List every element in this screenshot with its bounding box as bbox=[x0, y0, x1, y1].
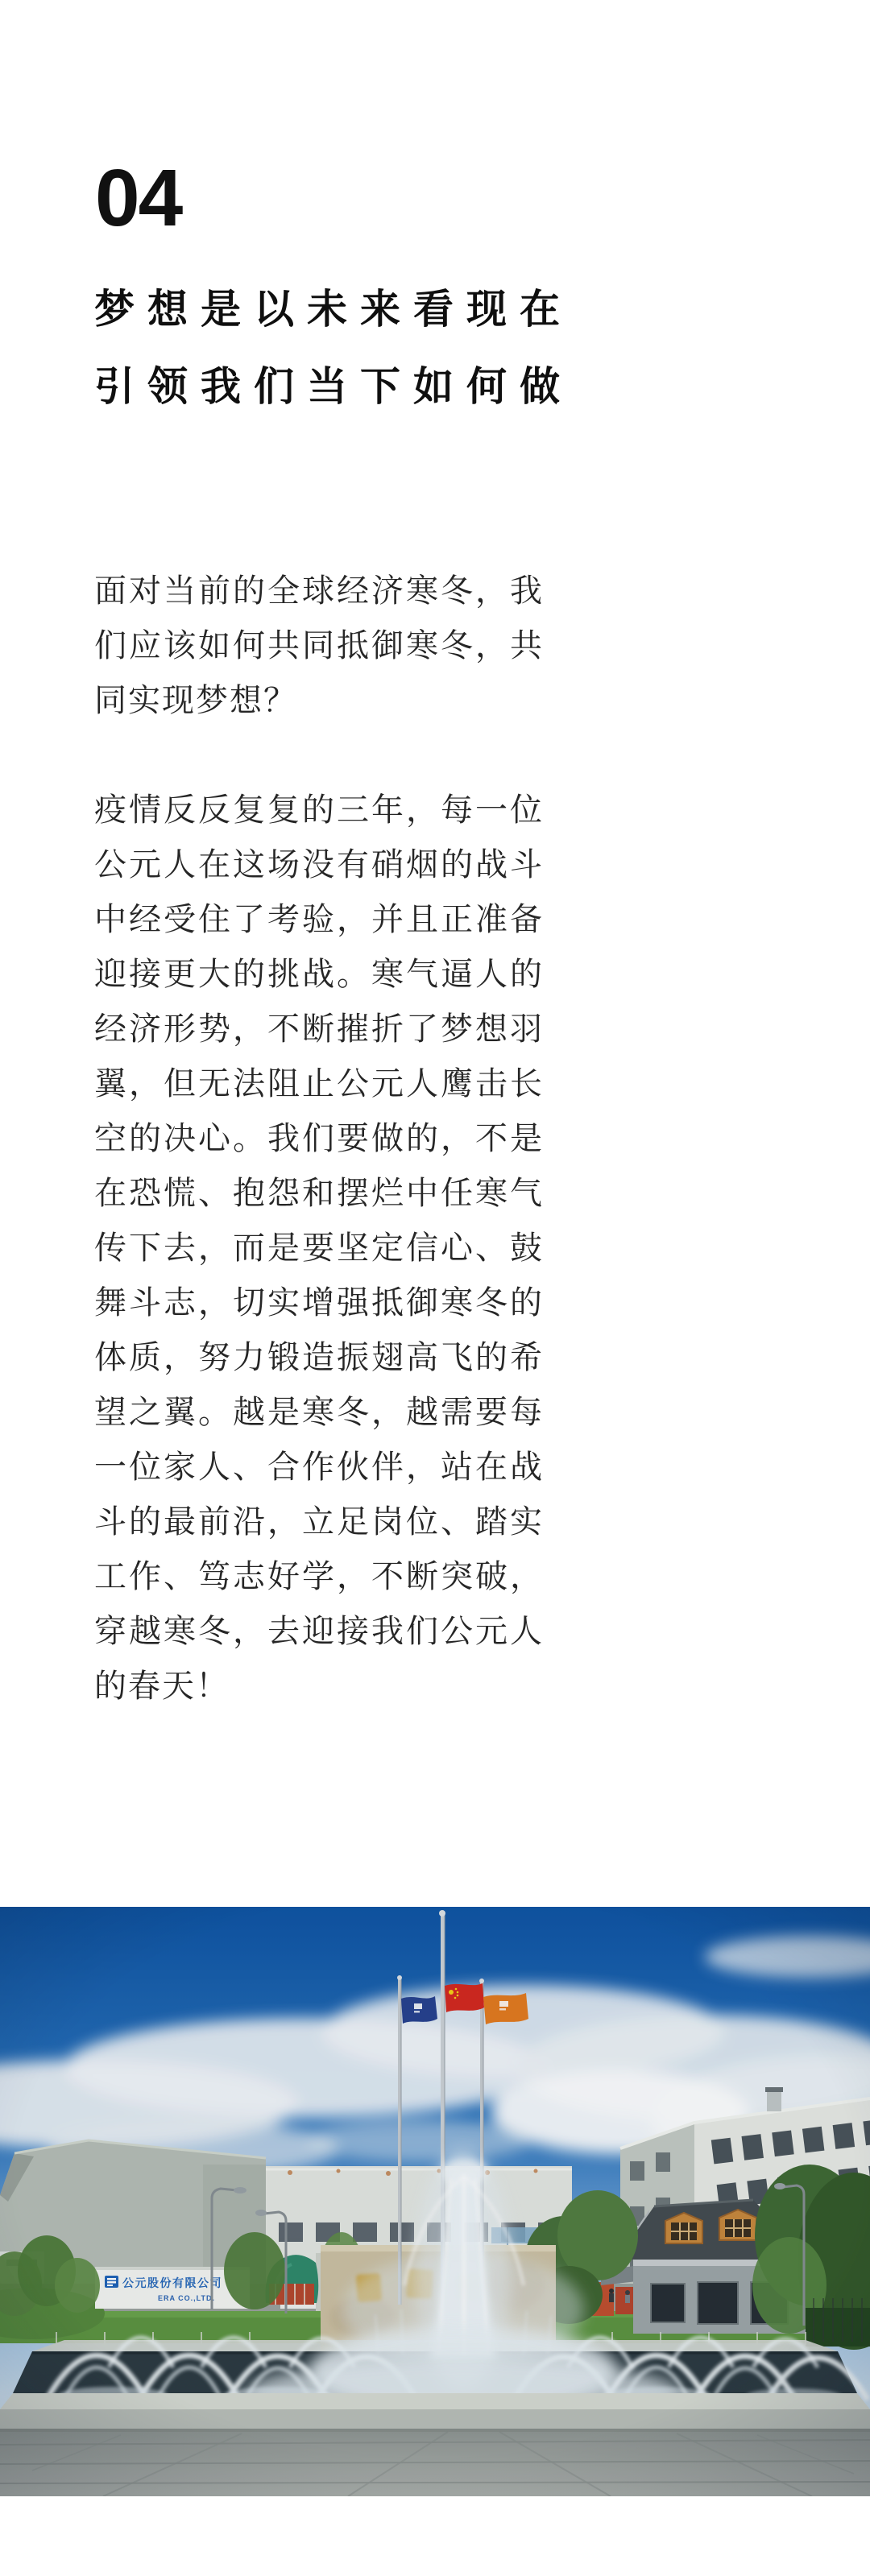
section-number: 04 bbox=[95, 158, 181, 238]
heading-line-1: 梦想是以未来看现在 bbox=[94, 271, 573, 348]
body-paragraph-1: 面对当前的全球经济寒冬，我们应该如何共同抵御寒冬，共同实现梦想？ bbox=[94, 564, 544, 728]
campus-photo: 公元股份有限公司 ERA CO.,LTD. bbox=[0, 1907, 870, 2496]
article-body: 面对当前的全球经济寒冬，我们应该如何共同抵御寒冬，共同实现梦想？ 疫情反反复复的… bbox=[94, 564, 544, 1768]
body-paragraph-2: 疫情反反复复的三年，每一位公元人在这场没有硝烟的战斗中经受住了考验，并且正准备迎… bbox=[94, 783, 544, 1714]
article-page: 04 梦想是以未来看现在 引领我们当下如何做 面对当前的全球经济寒冬，我们应该如… bbox=[0, 0, 870, 2576]
heading-line-2: 引领我们当下如何做 bbox=[94, 348, 573, 425]
article-heading: 梦想是以未来看现在 引领我们当下如何做 bbox=[94, 271, 573, 425]
vignette-overlay bbox=[0, 1907, 870, 2496]
campus-photo-illustration: 公元股份有限公司 ERA CO.,LTD. bbox=[0, 1907, 870, 2496]
